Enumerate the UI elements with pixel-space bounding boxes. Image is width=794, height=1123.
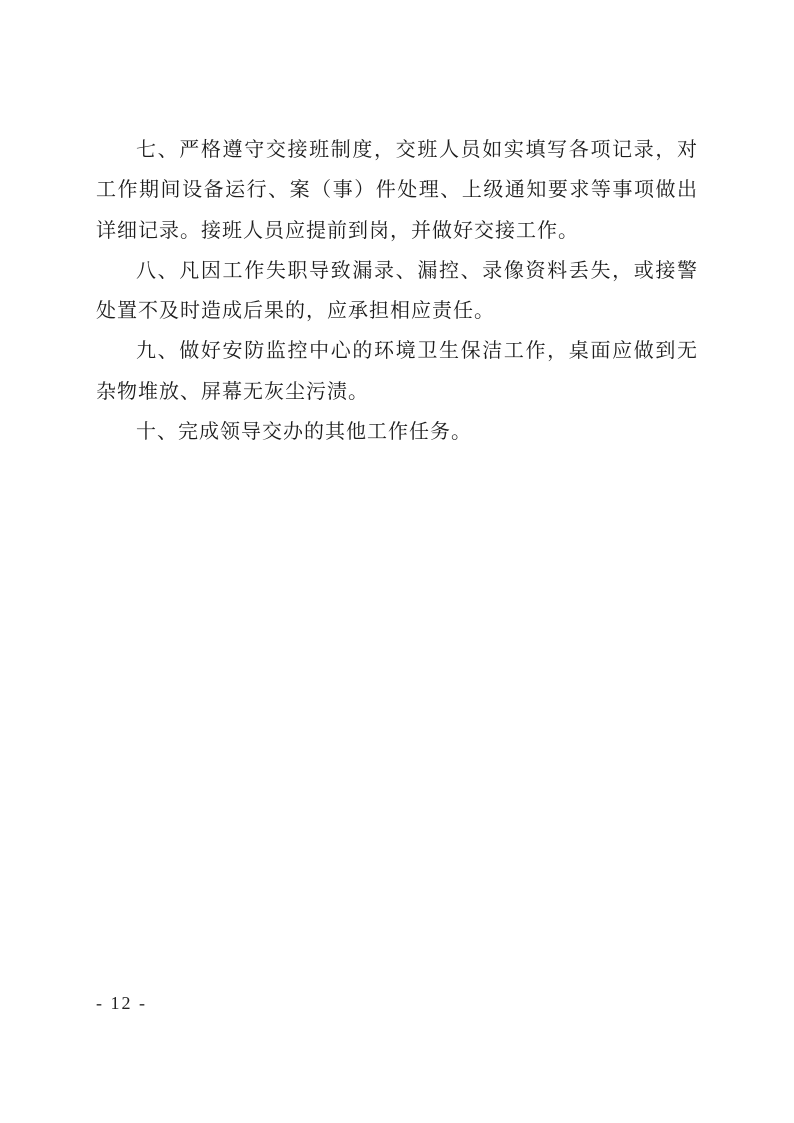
text-line: 杂物堆放、屏幕无灰尘污渍。 bbox=[96, 372, 698, 412]
text-line: 详细记录。接班人员应提前到岗，并做好交接工作。 bbox=[96, 211, 698, 251]
text-line: 八、凡因工作失职导致漏录、漏控、录像资料丢失，或接警 bbox=[96, 251, 698, 291]
page-number: - 12 - bbox=[96, 993, 147, 1014]
paragraph-item-8: 八、凡因工作失职导致漏录、漏控、录像资料丢失，或接警 处置不及时造成后果的，应承… bbox=[96, 251, 698, 332]
text-line: 九、做好安防监控中心的环境卫生保洁工作，桌面应做到无 bbox=[96, 331, 698, 371]
text-line: 处置不及时造成后果的，应承担相应责任。 bbox=[96, 291, 698, 331]
text-line: 七、严格遵守交接班制度，交班人员如实填写各项记录，对 bbox=[96, 130, 698, 170]
paragraph-item-7: 七、严格遵守交接班制度，交班人员如实填写各项记录，对 工作期间设备运行、案（事）… bbox=[96, 130, 698, 251]
text-line: 十、完成领导交办的其他工作任务。 bbox=[96, 412, 698, 452]
document-page: 七、严格遵守交接班制度，交班人员如实填写各项记录，对 工作期间设备运行、案（事）… bbox=[0, 0, 794, 1123]
paragraph-item-9: 九、做好安防监控中心的环境卫生保洁工作，桌面应做到无 杂物堆放、屏幕无灰尘污渍。 bbox=[96, 331, 698, 412]
document-body: 七、严格遵守交接班制度，交班人员如实填写各项记录，对 工作期间设备运行、案（事）… bbox=[96, 130, 698, 452]
paragraph-item-10: 十、完成领导交办的其他工作任务。 bbox=[96, 412, 698, 452]
text-line: 工作期间设备运行、案（事）件处理、上级通知要求等事项做出 bbox=[96, 170, 698, 210]
